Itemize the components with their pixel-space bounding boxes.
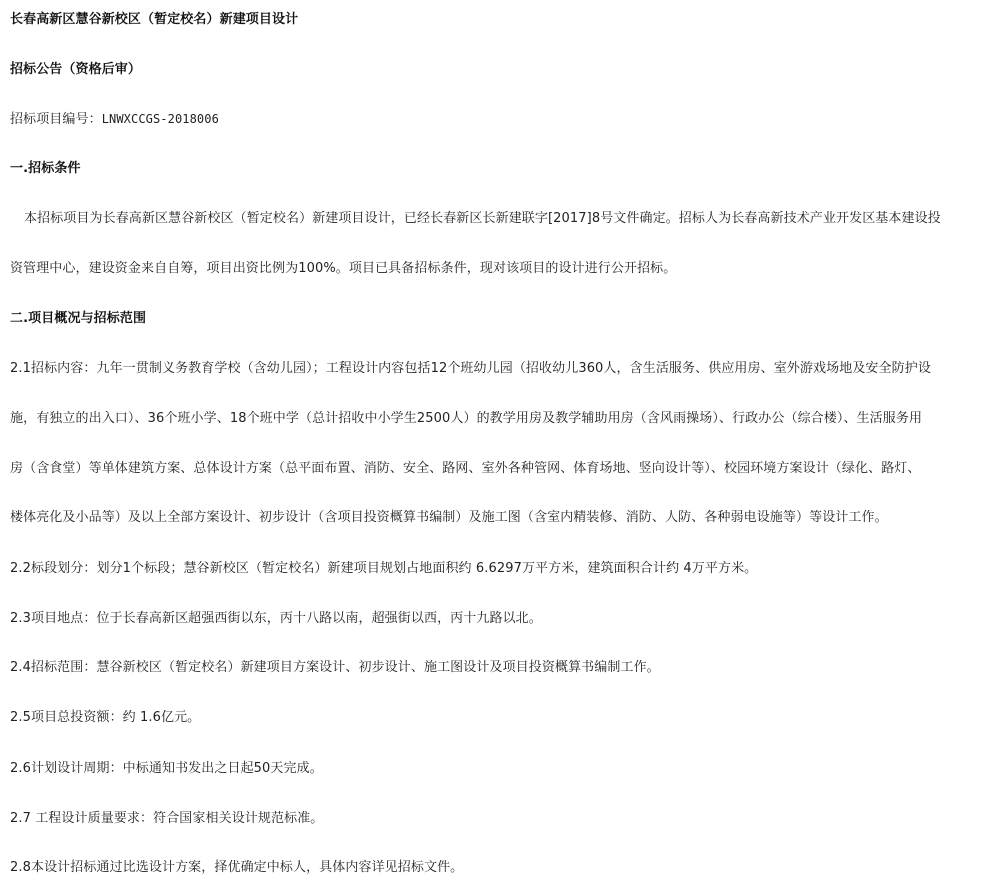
item-2-4: 2.4招标范围：慧谷新校区（暂定校名）新建项目方案设计、初步设计、施工图设计及项… [10, 660, 660, 676]
section-heading-project-overview: 二.项目概况与招标范围 [10, 311, 146, 327]
item-2-1-line-2: 施，有独立的出入口）、36个班小学、18个班中学（总计招收中小学生2500人）的… [10, 411, 922, 427]
item-2-8: 2.8本设计招标通过比选设计方案，择优确定中标人，具体内容详见招标文件。 [10, 860, 463, 876]
item-2-1-line-1: 2.1招标内容：九年一贯制义务教育学校（含幼儿园）；工程设计内容包括12个班幼儿… [10, 361, 931, 377]
project-number-row: 招标项目编号：LNWXCCGS-2018006 [10, 111, 219, 128]
item-2-7: 2.7 工程设计质量要求：符合国家相关设计规范标准。 [10, 811, 323, 827]
section-heading-tender-conditions: 一.招标条件 [10, 161, 81, 177]
item-2-3: 2.3项目地点：位于长春高新区超强西街以东，丙十八路以南，超强街以西，丙十九路以… [10, 611, 542, 627]
item-2-1-line-3: 房（含食堂）等单体建筑方案、总体设计方案（总平面布置、消防、安全、路网、室外各种… [10, 461, 921, 477]
tender-conditions-line-2: 资管理中心，建设资金来自自筹，项目出资比例为100%。项目已具备招标条件，现对该… [10, 261, 676, 277]
tender-announcement-document: 长春高新区慧谷新校区（暂定校名）新建项目设计 招标公告（资格后审） 招标项目编号… [0, 0, 1006, 887]
project-number-label: 招标项目编号： [10, 112, 102, 127]
item-2-6: 2.6计划设计周期：中标通知书发出之日起50天完成。 [10, 761, 323, 777]
item-2-5: 2.5项目总投资额：约 1.6亿元。 [10, 710, 200, 726]
document-subtitle: 招标公告（资格后审） [10, 62, 141, 78]
tender-conditions-line-1: 本招标项目为长春高新区慧谷新校区（暂定校名）新建项目设计，已经长春新区长新建联字… [10, 211, 941, 227]
project-number-value: LNWXCCGS-2018006 [102, 112, 219, 126]
document-title: 长春高新区慧谷新校区（暂定校名）新建项目设计 [10, 12, 298, 28]
item-2-1-line-4: 楼体亮化及小品等）及以上全部方案设计、初步设计（含项目投资概算书编制）及施工图（… [10, 510, 888, 526]
item-2-2: 2.2标段划分：划分1个标段；慧谷新校区（暂定校名）新建项目规划占地面积约 6.… [10, 561, 757, 577]
